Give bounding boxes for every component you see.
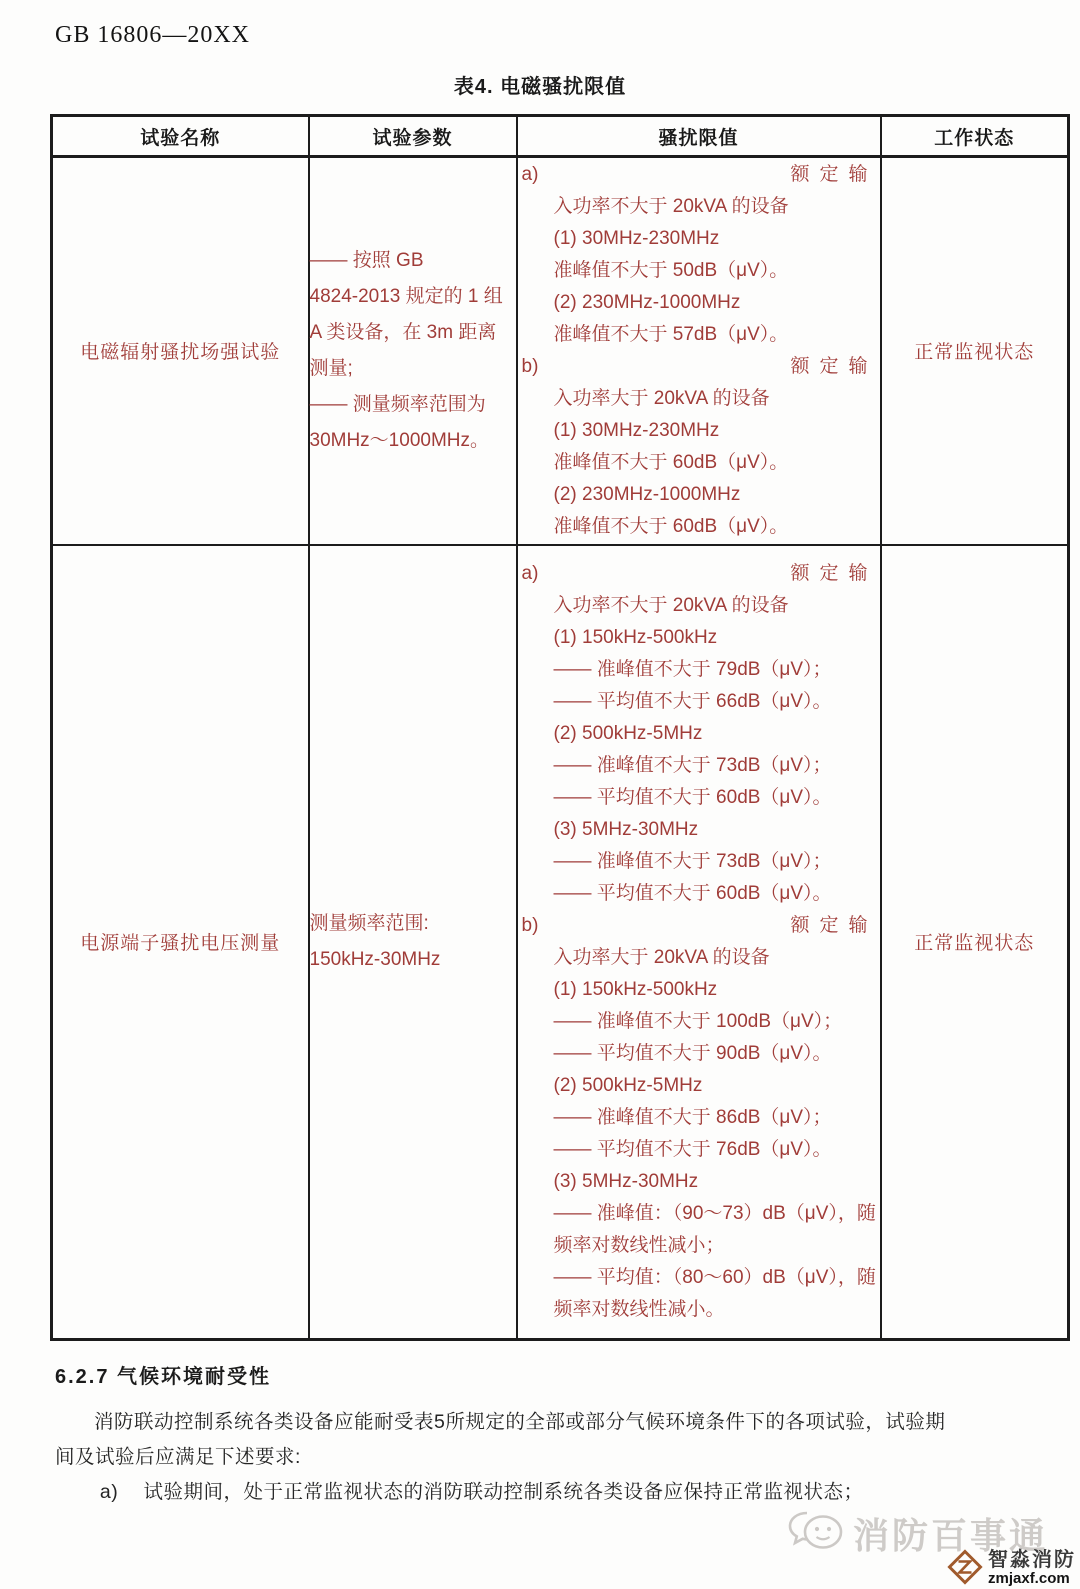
table-header-row: 试验名称 试验参数 骚扰限值 工作状态: [52, 116, 1069, 157]
cell-disturbance-limits: a)额定输入功率不大于 20kVA 的设备(1) 150kHz-500kHz——…: [517, 545, 881, 1340]
limit-line: (3) 5MHz-30MHz: [518, 1166, 880, 1198]
chat-bubbles-icon: [787, 1508, 845, 1559]
doc-number: GB 16806—20XX: [55, 22, 250, 49]
paragraph-line-1: 消防联动控制系统各类设备应能耐受表5所规定的全部或部分气候环境条件下的各项试验，…: [55, 1405, 1040, 1440]
table-row-radiated-emission: 电磁辐射骚扰场强试验 —— 按照 GB4824-2013 规定的 1 组A 类设…: [52, 157, 1069, 545]
section-heading: 6.2.7 气候环境耐受性: [55, 1360, 1040, 1389]
limit-marker: b): [522, 351, 539, 383]
limit-line: (1) 150kHz-500kHz: [518, 974, 880, 1006]
cell-test-name: 电磁辐射骚扰场强试验: [52, 157, 309, 545]
limit-line: —— 准峰值不大于 79dB（μV）；: [518, 654, 880, 686]
limit-line: —— 准峰值不大于 86dB（μV）；: [518, 1102, 880, 1134]
document-page: GB 16806—20XX 表4. 电磁骚扰限值 试验名称 试验参数 骚扰限值 …: [0, 0, 1080, 1589]
header-working-state: 工作状态: [881, 116, 1069, 157]
diamond-logo-icon: [947, 1549, 983, 1589]
limit-continuation: 额定输: [790, 351, 879, 383]
limit-continuation: 额定输: [790, 558, 879, 590]
header-test-params: 试验参数: [309, 116, 517, 157]
limit-section-head: b)额定输: [518, 351, 880, 383]
cell-working-state: 正常监视状态: [881, 545, 1069, 1340]
limit-line: —— 准峰值不大于 100dB（μV）；: [518, 1006, 880, 1038]
limit-line: (2) 230MHz-1000MHz: [518, 479, 880, 511]
brand-domain: zmjaxf.com: [988, 1571, 1076, 1588]
limit-line: —— 平均值不大于 60dB（μV）。: [518, 782, 880, 814]
limit-line: —— 平均值不大于 76dB（μV）。: [518, 1134, 880, 1166]
limit-line: (1) 150kHz-500kHz: [518, 622, 880, 654]
param-line: 测量;: [310, 351, 516, 387]
cell-working-state: 正常监视状态: [881, 157, 1069, 545]
emc-limits-table: 试验名称 试验参数 骚扰限值 工作状态 电磁辐射骚扰场强试验 —— 按照 GB4…: [50, 114, 1070, 1341]
limit-line: (3) 5MHz-30MHz: [518, 814, 880, 846]
limit-line: (1) 30MHz-230MHz: [518, 223, 880, 255]
limit-line: —— 准峰值：（90～73）dB（μV），随: [518, 1198, 880, 1230]
limit-line: 入功率大于 20kVA 的设备: [518, 383, 880, 415]
limit-line: (1) 30MHz-230MHz: [518, 415, 880, 447]
limit-line: (2) 500kHz-5MHz: [518, 1070, 880, 1102]
limit-section-head: a)额定输: [518, 159, 880, 191]
cell-test-params: —— 按照 GB4824-2013 规定的 1 组A 类设备，在 3m 距离测量…: [309, 157, 517, 545]
header-disturbance-limit: 骚扰限值: [517, 116, 881, 157]
limit-section-head: b)额定输: [518, 910, 880, 942]
param-line: —— 测量频率范围为: [310, 387, 516, 423]
section-6-2-7: 6.2.7 气候环境耐受性 消防联动控制系统各类设备应能耐受表5所规定的全部或部…: [55, 1360, 1040, 1510]
limit-line: 入功率不大于 20kVA 的设备: [518, 590, 880, 622]
limit-line: 准峰值不大于 60dB（μV）。: [518, 447, 880, 479]
brand-logo: 智淼消防 zmjaxf.com: [947, 1549, 1076, 1589]
limit-line: 入功率大于 20kVA 的设备: [518, 942, 880, 974]
header-test-name: 试验名称: [52, 116, 309, 157]
limit-line: 准峰值不大于 57dB（μV）。: [518, 319, 880, 351]
limit-continuation: 额定输: [790, 159, 879, 191]
table-title: 表4. 电磁骚扰限值: [0, 70, 1080, 99]
limit-line: —— 平均值不大于 66dB（μV）。: [518, 686, 880, 718]
param-line: A 类设备，在 3m 距离: [310, 315, 516, 351]
param-line: 30MHz～1000MHz。: [310, 423, 516, 459]
table-row-conducted-emission: 电源端子骚扰电压测量 测量频率范围:150kHz-30MHz a)额定输入功率不…: [52, 545, 1069, 1340]
param-line: —— 按照 GB: [310, 243, 516, 279]
list-item-a: a) 试验期间，处于正常监视状态的消防联动控制系统各类设备应保持正常监视状态；: [55, 1475, 1040, 1510]
limit-marker: b): [522, 910, 539, 942]
param-line: 150kHz-30MHz: [310, 942, 516, 978]
limit-marker: a): [522, 558, 539, 590]
limit-line: (2) 500kHz-5MHz: [518, 718, 880, 750]
limit-line: 准峰值不大于 50dB（μV）。: [518, 255, 880, 287]
list-item-a-text: 试验期间，处于正常监视状态的消防联动控制系统各类设备应保持正常监视状态；: [144, 1475, 864, 1510]
cell-disturbance-limits: a)额定输入功率不大于 20kVA 的设备(1) 30MHz-230MHz准峰值…: [517, 157, 881, 545]
limit-section-head: a)额定输: [518, 558, 880, 590]
limit-continuation: 额定输: [790, 910, 879, 942]
limit-line: —— 准峰值不大于 73dB（μV）；: [518, 846, 880, 878]
limit-marker: a): [522, 159, 539, 191]
limit-line: —— 准峰值不大于 73dB（μV）；: [518, 750, 880, 782]
limit-line: 频率对数线性减小；: [518, 1230, 880, 1262]
limit-line: —— 平均值不大于 90dB（μV）。: [518, 1038, 880, 1070]
brand-name: 智淼消防: [988, 1549, 1076, 1571]
limit-line: 准峰值不大于 60dB（μV）。: [518, 511, 880, 543]
list-item-a-marker: a): [100, 1475, 118, 1510]
param-line: 测量频率范围:: [310, 906, 516, 942]
limit-line: —— 平均值：（80～60）dB（μV），随: [518, 1262, 880, 1294]
cell-test-name: 电源端子骚扰电压测量: [52, 545, 309, 1340]
cell-test-params: 测量频率范围:150kHz-30MHz: [309, 545, 517, 1340]
param-line: 4824-2013 规定的 1 组: [310, 279, 516, 315]
limit-line: 入功率不大于 20kVA 的设备: [518, 191, 880, 223]
limit-line: —— 平均值不大于 60dB（μV）。: [518, 878, 880, 910]
limit-line: 频率对数线性减小。: [518, 1294, 880, 1326]
limit-line: (2) 230MHz-1000MHz: [518, 287, 880, 319]
paragraph-line-2: 间及试验后应满足下述要求:: [55, 1440, 1040, 1475]
